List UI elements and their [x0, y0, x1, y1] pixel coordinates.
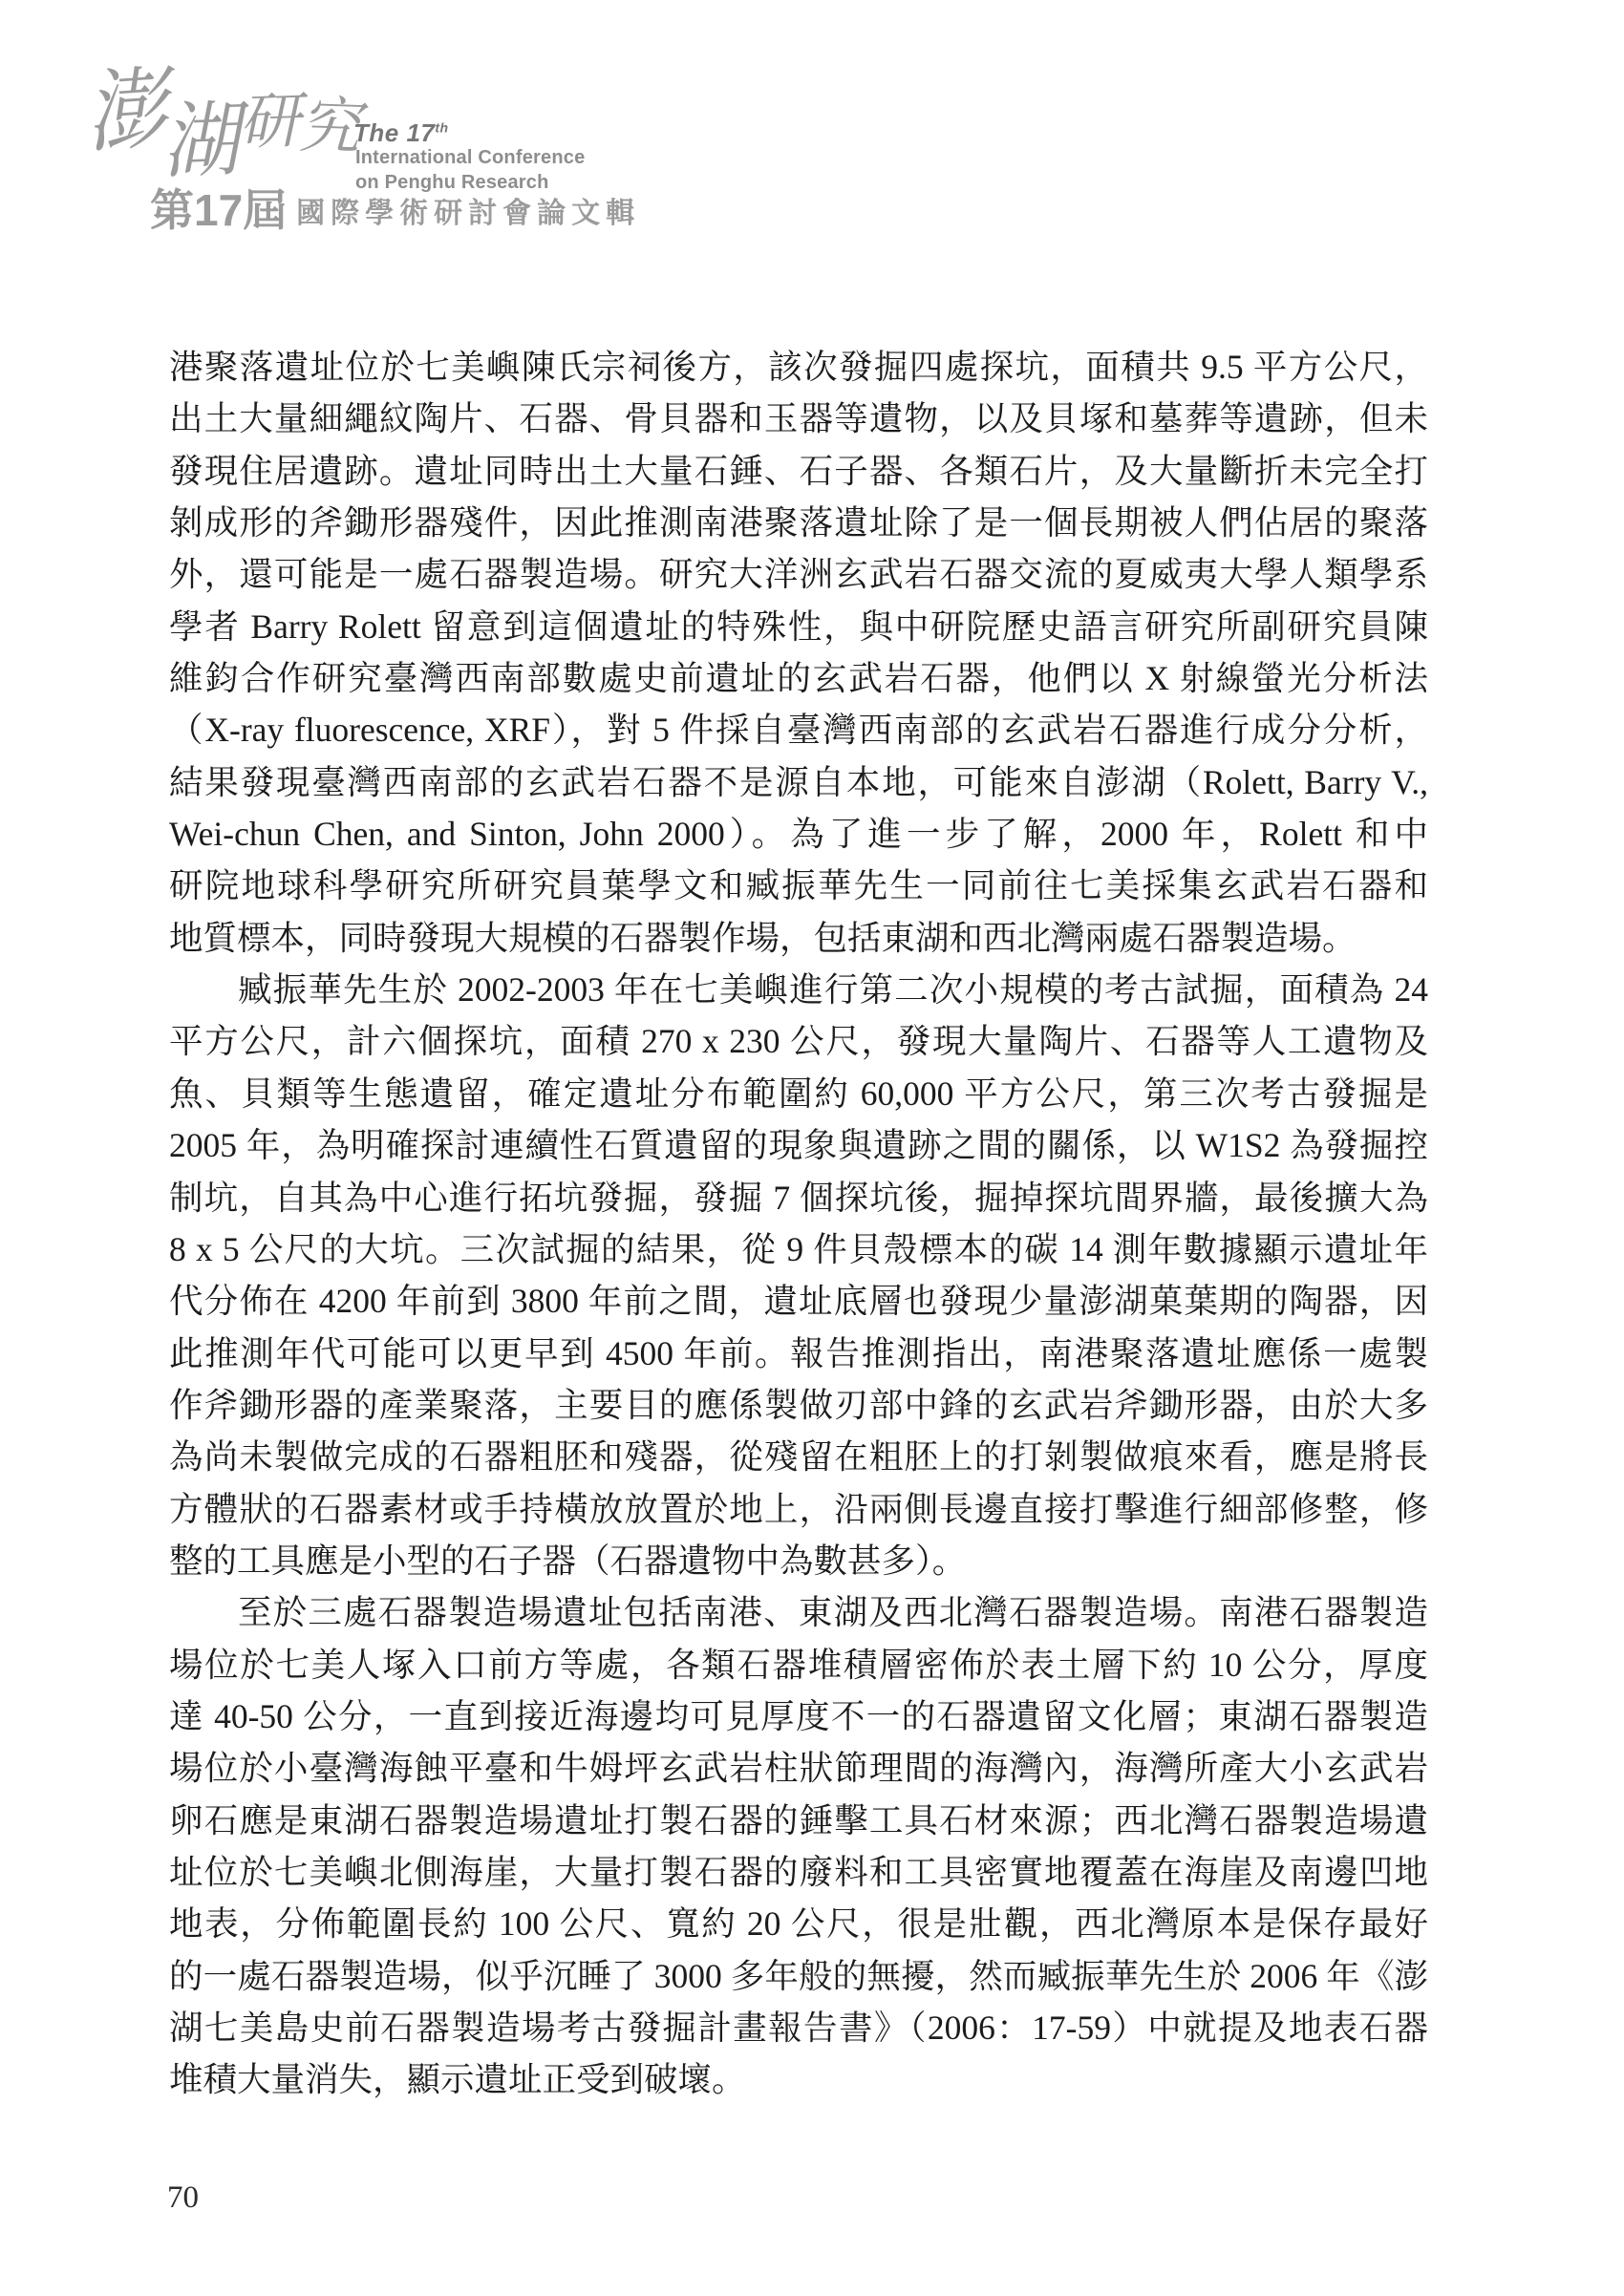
body-line: 學者 Barry Rolett 留意到這個遺址的特殊性，與中研院歷史語言研究所副… [169, 601, 1428, 652]
logo-calligraphy-char: 研 [238, 91, 301, 154]
body-line: 址位於七美嶼北側海崖，大量打製石器的廢料和工具密實地覆蓋在海崖及南邊凹地 [169, 1846, 1428, 1898]
logo-english-line2: International Conference [355, 147, 585, 169]
body-line: Wei-chun Chen, and Sinton, John 2000）。為了… [169, 808, 1428, 860]
article-body: 港聚落遺址位於七美嶼陳氏宗祠後方，該次發掘四處探坑，面積共 9.5 平方公尺，出… [169, 341, 1428, 2106]
body-line: 維鈞合作研究臺灣西南部數處史前遺址的玄武岩石器，他們以 X 射線螢光分析法 [169, 652, 1428, 704]
body-line: 達 40-50 公分，一直到接近海邊均可見厚度不一的石器遺留文化層；東湖石器製造 [169, 1690, 1428, 1742]
logo-calligraphy-char: 湖 [161, 98, 241, 183]
body-line: 湖七美島史前石器製造場考古發掘計畫報告書》（2006：17-59）中就提及地表石… [169, 2002, 1428, 2053]
body-line: 平方公尺，計六個探坑，面積 270 x 230 公尺，發現大量陶片、石器等人工遺… [169, 1015, 1428, 1067]
body-line: 制坑，自其為中心進行拓坑發掘，發掘 7 個探坑後，掘掉探坑間界牆，最後擴大為 [169, 1172, 1428, 1223]
logo-english-title: The 17th [353, 118, 449, 148]
logo-calligraphy-char: 究 [298, 96, 361, 159]
body-line: 卵石應是東湖石器製造場遺址打製石器的錘擊工具石材來源；西北灣石器製造場遺 [169, 1795, 1428, 1846]
body-line: 結果發現臺灣西南部的玄武岩石器不是源自本地，可能來自澎湖（Rolett, Bar… [169, 756, 1428, 808]
logo-chinese-subtitle-prefix: 第17屆 [150, 185, 287, 235]
body-line: 場位於小臺灣海蝕平臺和牛姆坪玄武岩柱狀節理間的海灣內，海灣所產大小玄武岩 [169, 1742, 1428, 1794]
body-line: 魚、貝類等生態遺留，確定遺址分布範圍約 60,000 平方公尺，第三次考古發掘是 [169, 1068, 1428, 1119]
conference-logo: 澎 湖 研 究 The 17th International Conferenc… [0, 0, 669, 267]
body-line: 臧振華先生於 2002-2003 年在七美嶼進行第二次小規模的考古試掘，面積為 … [169, 964, 1428, 1015]
body-line: 至於三處石器製造場遺址包括南港、東湖及西北灣石器製造場。南港石器製造 [169, 1586, 1428, 1638]
logo-chinese-subtitle-suffix: 國際學術研討會論文輯 [296, 198, 640, 229]
body-line: 8 x 5 公尺的大坑。三次試掘的結果，從 9 件貝殼標本的碳 14 測年數據顯… [169, 1223, 1428, 1275]
logo-calligraphy-char: 澎 [83, 63, 169, 159]
body-line: 研院地球科學研究所研究員葉學文和臧振華先生一同前往七美採集玄武岩石器和 [169, 860, 1428, 911]
logo-chinese-subtitle: 第17屆國際學術研討會論文輯 [150, 176, 640, 239]
document-page: 澎 湖 研 究 The 17th International Conferenc… [0, 0, 1624, 2296]
body-line: （X-ray fluorescence, XRF），對 5 件採自臺灣西南部的玄… [169, 704, 1428, 755]
body-line: 為尚未製做完成的石器粗胚和殘器，從殘留在粗胚上的打剝製做痕來看，應是將長 [169, 1431, 1428, 1482]
body-line: 地質標本，同時發現大規模的石器製作場，包括東湖和西北灣兩處石器製造場。 [169, 912, 1428, 964]
body-line: 地表，分佈範圍長約 100 公尺、寬約 20 公尺，很是壯觀，西北灣原本是保存最… [169, 1898, 1428, 1949]
body-line: 2005 年，為明確探討連續性石質遺留的現象與遺跡之間的關係，以 W1S2 為發… [169, 1119, 1428, 1171]
body-line: 發現住居遺跡。遺址同時出土大量石錘、石子器、各類石片，及大量斷折未完全打 [169, 445, 1428, 497]
logo-english-title-ordinal: th [435, 119, 448, 135]
body-line: 的一處石器製造場，似乎沉睡了 3000 多年般的無擾，然而臧振華先生於 2006… [169, 1950, 1428, 2002]
body-line: 代分佈在 4200 年前到 3800 年前之間，遺址底層也發現少量澎湖菓葉期的陶… [169, 1275, 1428, 1327]
body-line: 作斧鋤形器的產業聚落，主要目的應係製做刃部中鋒的玄武岩斧鋤形器，由於大多 [169, 1379, 1428, 1431]
body-line: 外，還可能是一處石器製造場。研究大洋洲玄武岩石器交流的夏威夷大學人類學系 [169, 548, 1428, 600]
logo-english-title-text: The 17 [353, 118, 435, 147]
body-line: 整的工具應是小型的石子器（石器遺物中為數甚多）。 [169, 1535, 1428, 1586]
body-line: 方體狀的石器素材或手持橫放放置於地上，沿兩側長邊直接打擊進行細部修整，修 [169, 1483, 1428, 1535]
body-line: 堆積大量消失，顯示遺址正受到破壞。 [169, 2053, 1428, 2105]
body-line: 場位於七美人塚入口前方等處，各類石器堆積層密佈於表土層下約 10 公分，厚度 [169, 1639, 1428, 1690]
page-number: 70 [167, 2180, 199, 2216]
body-line: 港聚落遺址位於七美嶼陳氏宗祠後方，該次發掘四處探坑，面積共 9.5 平方公尺， [169, 341, 1428, 393]
body-line: 出土大量細繩紋陶片、石器、骨貝器和玉器等遺物，以及貝塚和墓葬等遺跡，但未 [169, 393, 1428, 444]
body-line: 此推測年代可能可以更早到 4500 年前。報告推測指出，南港聚落遺址應係一處製 [169, 1328, 1428, 1379]
body-line: 剝成形的斧鋤形器殘件，因此推測南港聚落遺址除了是一個長期被人們佔居的聚落 [169, 497, 1428, 548]
